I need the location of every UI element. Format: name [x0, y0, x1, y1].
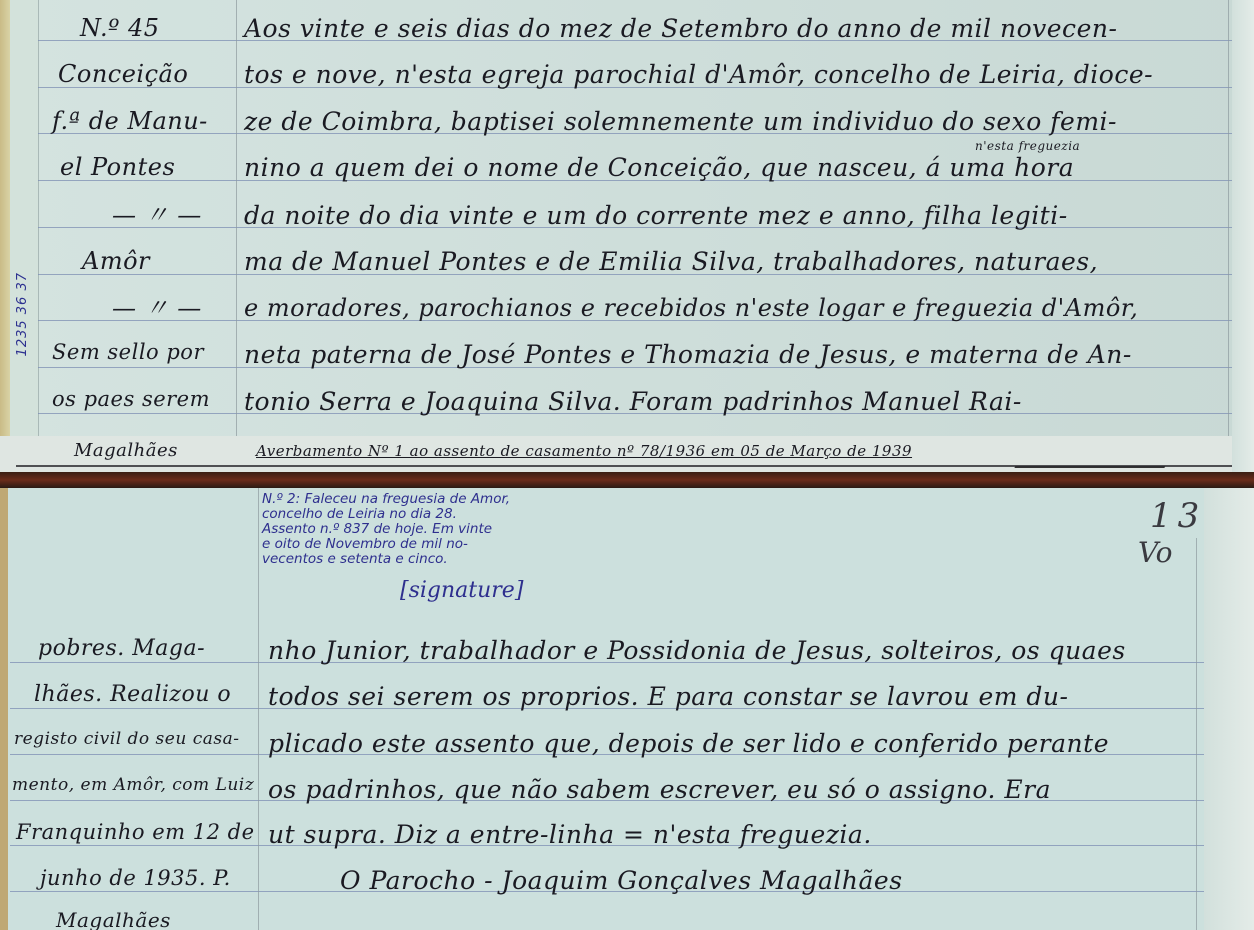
- body-line: todos sei serem os proprios. E para cons…: [268, 684, 1068, 709]
- page-gap: [0, 472, 1254, 488]
- body-line: neta paterna de José Pontes e Thomazia d…: [244, 342, 1132, 367]
- annotation-line: concelho de Leiria no dia 28.: [262, 507, 622, 522]
- interlinear-insert: n'esta freguezia: [975, 140, 1080, 152]
- right-margin-line: [1228, 0, 1229, 472]
- body-line: ut supra. Diz a entre-linha = n'esta fre…: [268, 822, 872, 847]
- body-line: Aos vinte e seis dias do mez de Setembro…: [244, 16, 1117, 41]
- margin-divider: [258, 488, 259, 930]
- entry-number: N.º 45: [80, 16, 160, 40]
- body-line: e moradores, parochianos e recebidos n'e…: [244, 296, 1138, 320]
- annotation-line: vecentos e setenta e cinco.: [262, 552, 622, 567]
- page-binding: [0, 488, 8, 930]
- register-page-top: 1235 36 37 N.º 45 Conceição f.ª de Manu-…: [0, 0, 1254, 472]
- page-right-edge: [1232, 0, 1254, 472]
- annotation-line: e oito de Novembro de mil no-: [262, 537, 622, 552]
- margin-line: registo civil do seu casa-: [14, 731, 239, 748]
- annotation-line: Assento n.º 837 de hoje. Em vinte: [262, 522, 622, 537]
- body-line: tonio Serra e Joaquina Silva. Foram padr…: [244, 389, 1022, 414]
- margin-divider: [236, 0, 237, 472]
- body-line: nino a quem dei o nome de Conceição, que…: [244, 155, 1074, 180]
- margin-seal-note-2: os paes serem: [52, 389, 210, 410]
- body-line: os padrinhos, que não sabem escrever, eu…: [268, 777, 1051, 802]
- body-line: ze de Coimbra, baptisei solemnemente um …: [244, 109, 1117, 134]
- margin-seal-note-1: Sem sello por: [52, 342, 204, 363]
- annotation-signature: [signature]: [400, 578, 523, 603]
- margin-line: mento, em Amôr, com Luiz: [12, 777, 254, 794]
- margin-child-name: Conceição: [58, 62, 188, 86]
- margin-line: pobres. Maga-: [38, 638, 205, 660]
- page-number-suffix: Vo: [1138, 536, 1173, 569]
- margin-place: Amôr: [82, 249, 150, 273]
- margin-ditto: — 〃 —: [112, 296, 202, 320]
- right-margin-line: [1196, 538, 1197, 930]
- margin-parent-line-1: f.ª de Manu-: [52, 109, 208, 133]
- body-line: plicado este assento que, depois de ser …: [268, 731, 1109, 756]
- annotation-line: N.º 2: Faleceu na freguesia de Amor,: [262, 492, 622, 507]
- page-right-edge: [1204, 488, 1254, 930]
- page-binding: [0, 0, 10, 472]
- death-annotation: N.º 2: Faleceu na freguesia de Amor, con…: [262, 492, 622, 567]
- vertical-margin-note: 1235 36 37: [15, 272, 30, 356]
- margin-line: Franquinho em 12 de: [16, 822, 255, 843]
- page-number: 13: [1150, 496, 1205, 536]
- priest-signature: O Parocho - Joaquim Gonçalves Magalhães: [340, 868, 903, 893]
- register-page-bottom: N.º 2: Faleceu na freguesia de Amor, con…: [0, 488, 1254, 930]
- margin-surname: Magalhães: [74, 442, 178, 460]
- margin-line: lhães. Realizou o: [34, 684, 231, 706]
- body-line: da noite do dia vinte e um do corrente m…: [244, 203, 1068, 228]
- body-line: nho Junior, trabalhador e Possidonia de …: [268, 638, 1126, 663]
- body-line: tos e nove, n'esta egreja parochial d'Am…: [244, 62, 1153, 87]
- body-line: ma de Manuel Pontes e de Emilia Silva, t…: [244, 249, 1098, 274]
- footer-rule: [16, 465, 1254, 467]
- footer-averbamento-note: Averbamento Nº 1 ao assento de casamento…: [256, 444, 912, 459]
- margin-parent-line-2: el Pontes: [60, 155, 175, 179]
- margin-signature: Magalhães: [56, 910, 171, 930]
- margin-ditto: — 〃 —: [112, 203, 202, 227]
- page-inner-edge: [10, 0, 39, 472]
- margin-line: junho de 1935. P.: [40, 868, 231, 889]
